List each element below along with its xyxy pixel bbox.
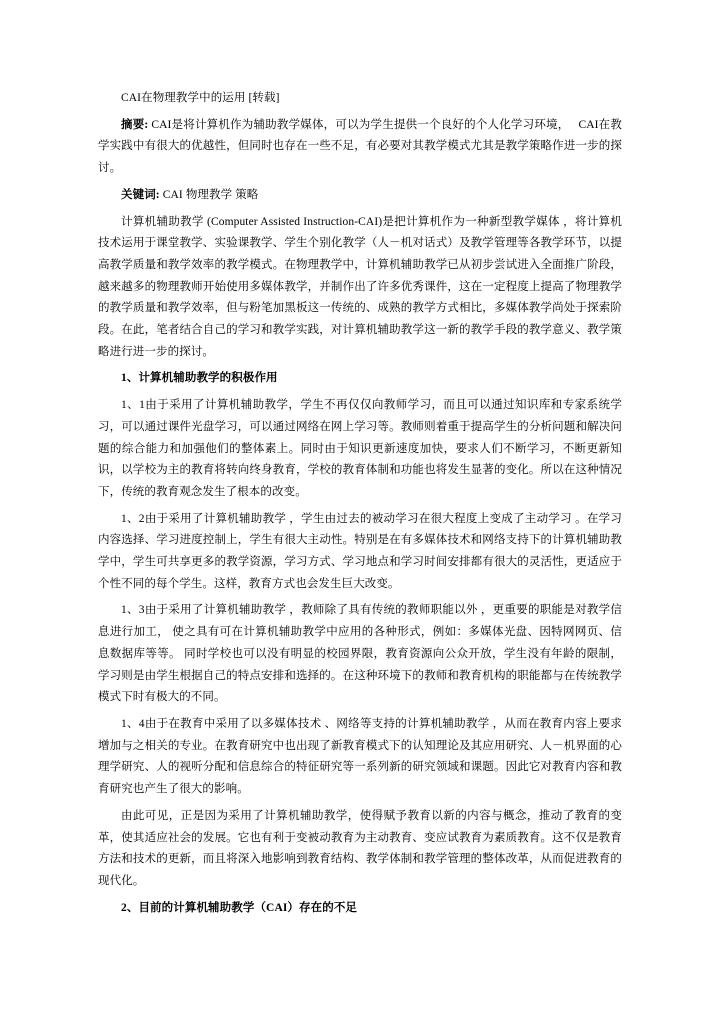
keywords-label: 关键词: — [121, 189, 160, 201]
abstract-label: 摘要: — [121, 119, 148, 131]
abstract-paragraph: 摘要:CAI是将计算机作为辅助教学媒体，可以为学生提供一个良好的个人化学习环境，… — [98, 115, 622, 180]
paragraph-1-3: 1、3由于采用了计算机辅助教学 ，教师除了具有传统的教师职能以外 ，更重要的职能… — [98, 600, 622, 709]
paragraph-1-2: 1、2由于采用了计算机辅助教学 ，学生由过去的被动学习在很大程度上变成了主动学习… — [98, 509, 622, 596]
paragraph-1-1: 1、1由于采用了计算机辅助教学，学生不再仅仅向教师学习，而且可以通过知识库和专家… — [98, 395, 622, 504]
document-page: CAI在物理教学中的运用 [转载] 摘要:CAI是将计算机作为辅助教学媒体，可以… — [0, 0, 720, 1017]
paragraph-1-4: 1、4由于在教育中采用了以多媒体技术 、网络等支持的计算机辅助教学 ，从而在教育… — [98, 714, 622, 801]
abstract-text: CAI是将计算机作为辅助教学媒体，可以为学生提供一个良好的个人化学习环境， CA… — [98, 119, 622, 174]
keywords-text: CAI 物理教学 策略 — [163, 189, 259, 201]
document-title: CAI在物理教学中的运用 [转载] — [98, 88, 622, 110]
intro-paragraph: 计算机辅助教学 (Computer Assisted Instruction-C… — [98, 212, 622, 364]
section1-heading: 1、计算机辅助教学的积极作用 — [98, 368, 622, 390]
conclusion-paragraph: 由此可见，正是因为采用了计算机辅助教学，使得赋予教育以新的内容与概念，推动了教育… — [98, 806, 622, 893]
section2-heading: 2、目前的计算机辅助教学（CAI）存在的不足 — [98, 898, 622, 920]
keywords-paragraph: 关键词:CAI 物理教学 策略 — [98, 185, 622, 207]
